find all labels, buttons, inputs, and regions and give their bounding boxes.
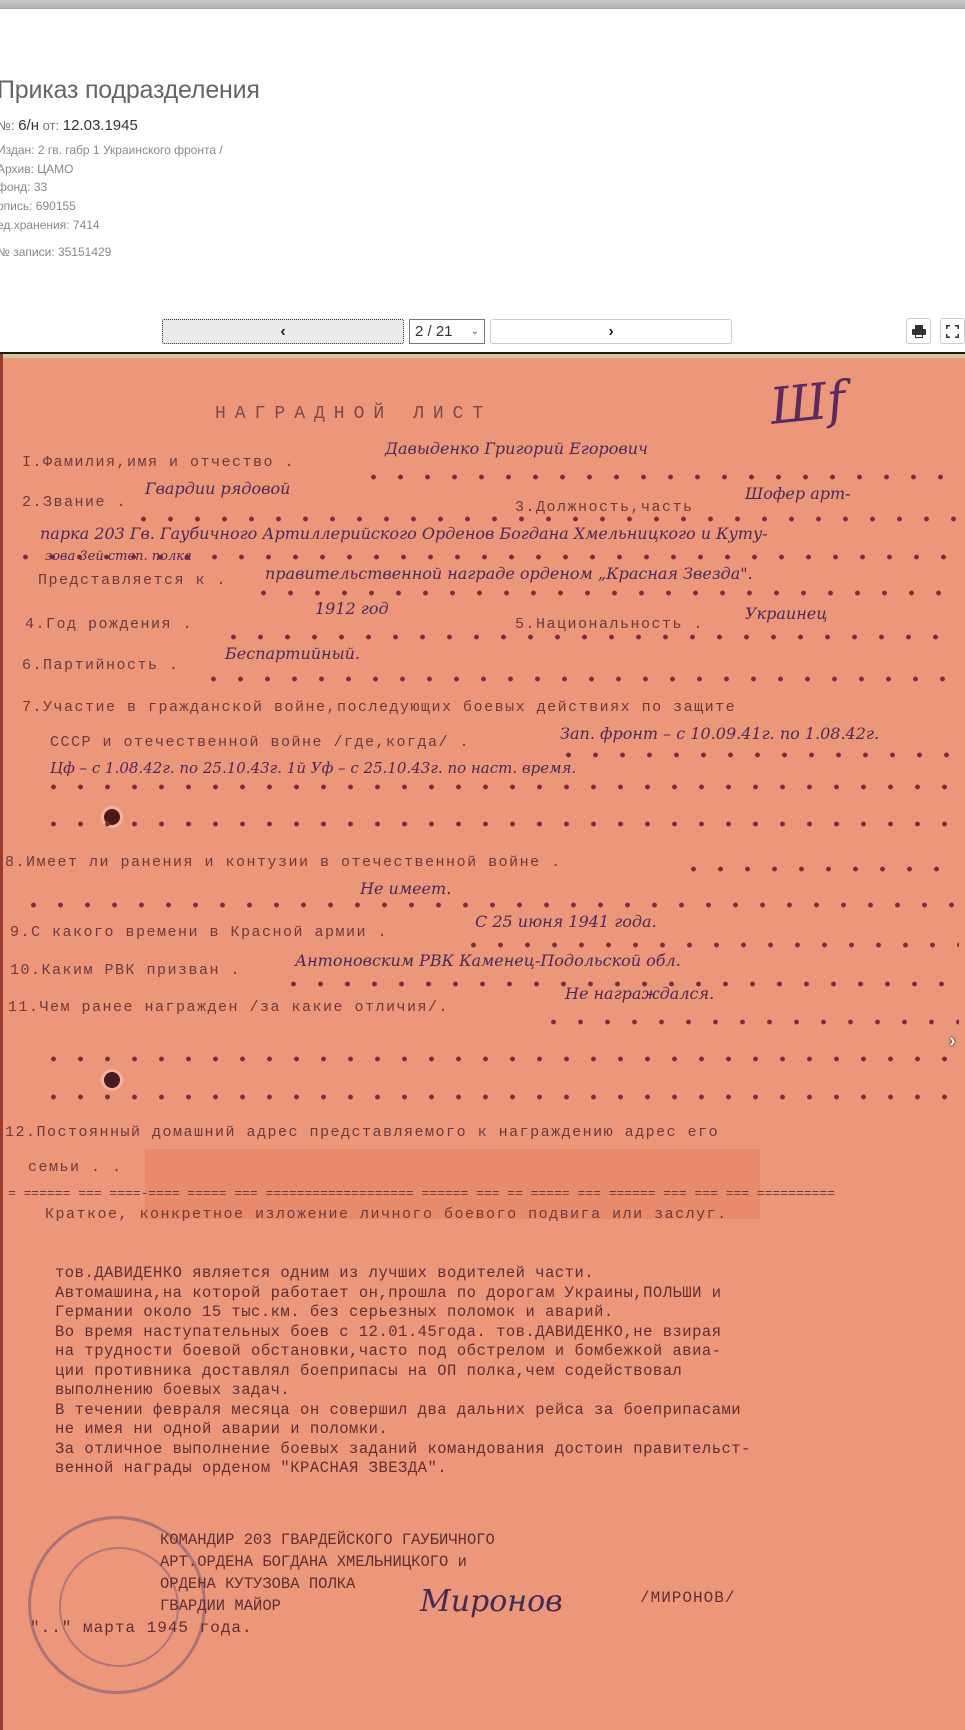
field-3-value-line2: парка 203 Гв. Гаубичного Артиллерийского… [40,524,768,543]
field-1-label: I.Фамилия,имя и отчество . [22,454,295,471]
fond: фонд: 33 [0,178,597,197]
handwritten-signature: Миронов [420,1584,563,1619]
dotted-line [40,1056,959,1062]
chevron-down-icon: ⌄ [471,326,479,337]
field-4-label: 4.Год рождения . [25,616,193,633]
signature-date: ".." марта 1945 года. [30,1619,253,1637]
order-number-line: №: 6/н от: 12.03.1945 [0,117,597,135]
dotted-line [40,1094,959,1100]
date-label: от: [43,118,60,133]
archive: Архив: ЦАМО [0,160,597,179]
field-1-value: Давыденко Григорий Егорович [385,439,648,458]
chevron-right-icon: › [608,323,613,341]
prev-page-button[interactable]: ‹ [162,319,404,344]
nominated-value: правительственной награде орденом „Красн… [265,564,753,583]
chevron-left-icon: ‹ [280,323,285,341]
field-12-label-line2: семьи . . [28,1159,123,1176]
field-7-label: 7.Участие в гражданской войне,последующи… [22,699,736,716]
field-12-label: 12.Постоянный домашний адрес представляе… [5,1124,719,1141]
resolution-mark: Шf [767,370,848,436]
field-9-value: С 25 июня 1941 года. [475,912,657,931]
field-7-value-line2: Цф – с 1.08.42г. по 25.10.43г. 1й Уф – с… [50,759,576,777]
number-label: №: [0,118,15,133]
record-number: № записи: 35151429 [0,243,597,261]
field-2-label: 2.Звание . [22,494,127,511]
dotted-line [220,634,959,640]
issued-by: Издан: 2 гв. габр 1 Украинского фронта / [0,141,597,160]
dotted-line [40,784,959,790]
dotted-line [130,516,959,522]
document-heading: НАГРАДНОЙ ЛИСТ [215,404,492,424]
opis: опись: 690155 [0,197,597,216]
dotted-line [360,474,959,480]
field-2-value: Гвардии рядовой [145,479,290,498]
dotted-line [555,752,959,758]
separator-line: = ====== === ====-==== ===== === =======… [8,1186,957,1201]
field-10-value: Антоновским РВК Каменец-Подольской обл. [295,951,681,970]
summary-heading: Краткое, конкретное изложение личного бо… [45,1206,728,1223]
print-icon [912,325,926,338]
punch-hole [104,1072,120,1088]
storage-unit: ед.хранения: 7414 [0,216,597,235]
dotted-line [680,866,959,872]
document-scan: Шf НАГРАДНОЙ ЛИСТ I.Фамилия,имя и отчест… [0,352,965,1730]
field-3-value: Шофер арт- [745,484,851,503]
dotted-line [20,902,959,908]
dotted-line [540,1019,959,1025]
side-next-page-arrow[interactable]: › [949,1030,963,1052]
order-number: 6/н [18,117,39,134]
fullscreen-button[interactable] [940,318,965,344]
nominated-label: Представляется к . [38,572,227,589]
field-9-label: 9.С какого времени в Красной армии . [10,924,388,941]
field-6-value: Беспартийный. [225,644,360,663]
dotted-line [460,942,959,948]
fullscreen-icon [946,325,959,338]
order-date: 12.03.1945 [63,117,138,134]
field-8-value: Не имеет. [360,879,451,898]
field-5-value: Украинец [745,604,827,623]
dotted-line [200,676,959,682]
field-3-label: 3.Должность,часть [515,499,694,516]
dotted-line [40,821,959,827]
field-7-label-line2: СССР и отечественной войне /где,когда/ . [50,734,470,751]
field-3-value-line3: зова 3ей степ. полка [45,549,192,564]
field-5-label: 5.Национальность . [515,616,704,633]
page-select[interactable]: 2 / 21 ⌄ [409,319,485,344]
document-info: Приказ подразделения №: 6/н от: 12.03.19… [0,74,597,261]
field-8-label: 8.Имеет ли ранения и контузии в отечеств… [5,854,562,871]
field-10-label: 10.Каким РВК призван . [10,962,241,979]
signer-surname: /МИРОНОВ/ [640,1589,735,1607]
field-11-label: 11.Чем ранее награжден /за какие отличия… [8,999,449,1016]
summary-body: тов.ДАВИДЕНКО является одним из лучших в… [55,1264,751,1479]
field-6-label: 6.Партийность . [22,657,180,674]
field-11-value: Не награждался. [565,984,714,1003]
scan-edge [0,354,3,1730]
browser-top-bar [0,0,965,9]
next-page-button[interactable]: › [490,319,732,344]
dotted-line [250,590,959,596]
page-title: Приказ подразделения [0,74,597,106]
field-7-value: Зап. фронт – с 10.09.41г. по 1.08.42г. [560,724,879,743]
print-button[interactable] [906,318,931,344]
page-select-value: 2 / 21 [415,323,453,340]
field-4-value: 1912 год [315,599,389,618]
